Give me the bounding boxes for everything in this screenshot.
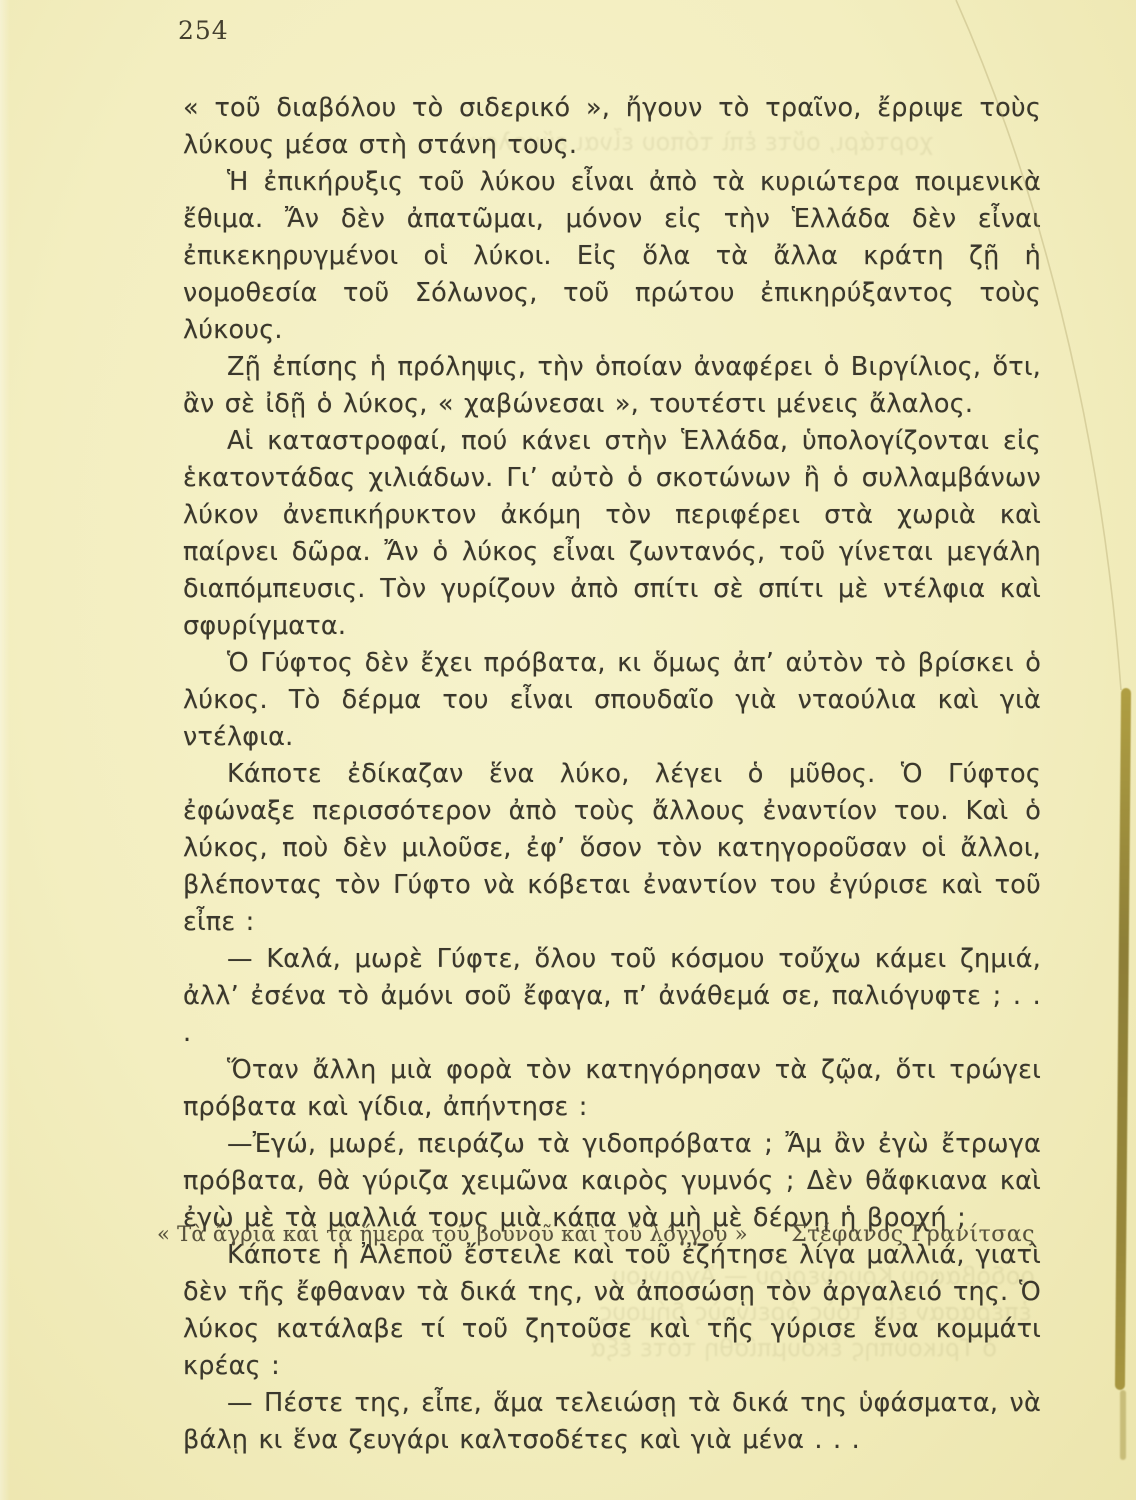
paragraph: Ὅταν ἄλλη μιὰ φορὰ τὸν κατηγόρησαν τὰ ζῷ… [183,1052,1041,1126]
page-number: 254 [178,16,229,45]
paragraph: Ἡ ἐπικήρυξις τοῦ λύκου εἶναι ἀπὸ τὰ κυρι… [183,164,1041,349]
body-text-block: « τοῦ διαβόλου τὸ σιδερικό », ἤγουν τὸ τ… [183,90,1041,1459]
paragraph: « τοῦ διαβόλου τὸ σιδερικό », ἤγουν τὸ τ… [183,90,1041,164]
page-edge-shadow [1115,688,1131,1390]
paragraph: —Ἐγώ, μωρέ, πειράζω τὰ γιδοπρόβατα ; Ἄμ … [183,1126,1041,1237]
page-edge-shadow-tail [1120,1390,1126,1460]
paragraph: — Πέστε της, εἶπε, ἅμα τελειώσῃ τὰ δικά … [183,1385,1041,1459]
paragraph: Αἱ καταστροφαί, πού κάνει στὴν Ἑλλάδα, ὑ… [183,423,1041,645]
footer-citation: « Τὰ ἄγρια καὶ τὰ ἥμερα τοῦ βουνοῦ καὶ τ… [157,1222,1035,1247]
source-title: « Τὰ ἄγρια καὶ τὰ ἥμερα τοῦ βουνοῦ καὶ τ… [157,1222,748,1246]
paragraph: Ὁ Γύφτος δὲν ἔχει πρόβατα, κι ὅμως ἀπ’ α… [183,645,1041,756]
paragraph: Κάποτε ἡ Ἀλεποῦ ἔστειλε καὶ τοῦ ἐζήτησε … [183,1237,1041,1385]
paragraph: — Καλά, μωρὲ Γύφτε, ὅλου τοῦ κόσμου τοὔχ… [183,941,1041,1052]
scanned-book-page: 254 χορτάρι, οὔτε ἐπὶ τόπου εἶναι εὔκολο… [0,0,1136,1500]
paragraph: Ζῇ ἐπίσης ἡ πρόληψις, τὴν ὁποίαν ἀναφέρε… [183,349,1041,423]
paragraph: Κάποτε ἐδίκαζαν ἕνα λύκο, λέγει ὁ μῦθος.… [183,756,1041,941]
author-name: Στέφανος Γρανίτσας [791,1222,1035,1247]
